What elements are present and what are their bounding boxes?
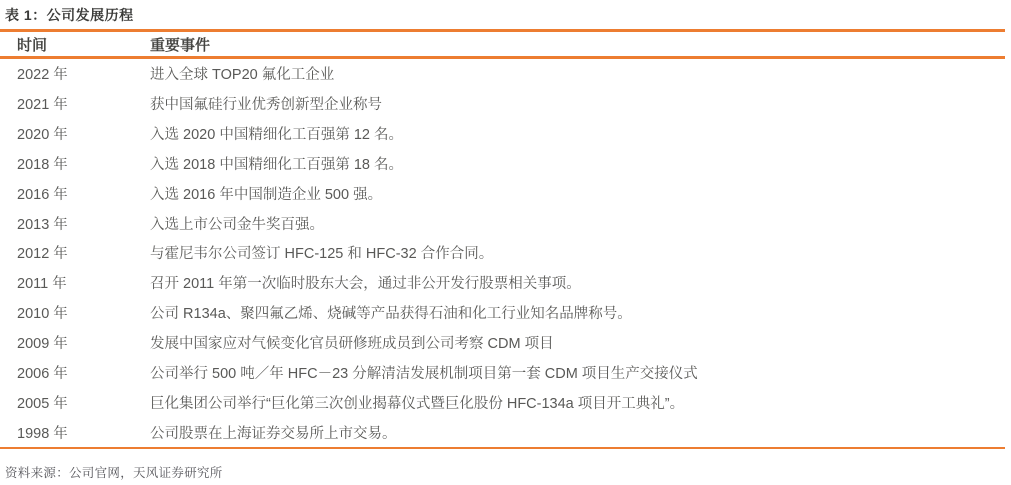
row-year: 2016 年: [17, 183, 150, 204]
row-event: 召开 2011 年第一次临时股东大会，通过非公开发行股票相关事项。: [150, 272, 1011, 293]
row-year: 2020 年: [17, 123, 150, 144]
table-row: 2020 年 入选 2020 中国精细化工百强第 12 名。: [0, 119, 1011, 149]
row-year: 1998 年: [17, 422, 150, 443]
table-row: 2011 年 召开 2011 年第一次临时股东大会，通过非公开发行股票相关事项。: [0, 268, 1011, 298]
row-event: 进入全球 TOP20 氟化工企业: [150, 63, 1011, 84]
row-event: 巨化集团公司举行“巨化第三次创业揭幕仪式暨巨化股份 HFC-134a 项目开工典…: [150, 392, 1011, 413]
row-year: 2005 年: [17, 392, 150, 413]
table-row: 2022 年 进入全球 TOP20 氟化工企业: [0, 59, 1011, 89]
row-event: 公司 R134a、聚四氟乙烯、烧碱等产品获得石油和化工行业知名品牌称号。: [150, 302, 1011, 323]
table-row: 2005 年 巨化集团公司举行“巨化第三次创业揭幕仪式暨巨化股份 HFC-134…: [0, 387, 1011, 417]
row-year: 2018 年: [17, 153, 150, 174]
table-row: 2016 年 入选 2016 年中国制造企业 500 强。: [0, 178, 1011, 208]
row-year: 2006 年: [17, 362, 150, 383]
row-event: 入选 2018 中国精细化工百强第 18 名。: [150, 153, 1011, 174]
report-table-figure: 表 1：公司发展历程 时间 重要事件 2022 年 进入全球 TOP20 氟化工…: [0, 0, 1011, 485]
table-row: 2018 年 入选 2018 中国精细化工百强第 18 名。: [0, 149, 1011, 179]
table-row: 2012 年 与霍尼韦尔公司签订 HFC-125 和 HFC-32 合作合同。: [0, 238, 1011, 268]
column-header-time: 时间: [17, 34, 150, 55]
table-row: 2021 年 获中国氟硅行业优秀创新型企业称号: [0, 89, 1011, 119]
row-event: 入选 2016 年中国制造企业 500 强。: [150, 183, 1011, 204]
row-event: 公司举行 500 吨／年 HFC－23 分解清洁发展机制项目第一套 CDM 项目…: [150, 362, 1011, 383]
table-row: 2009 年 发展中国家应对气候变化官员研修班成员到公司考察 CDM 项目: [0, 328, 1011, 358]
table-header-row: 时间 重要事件: [0, 32, 1011, 56]
row-year: 2021 年: [17, 93, 150, 114]
table-row: 2010 年 公司 R134a、聚四氟乙烯、烧碱等产品获得石油和化工行业知名品牌…: [0, 298, 1011, 328]
table-row: 1998 年 公司股票在上海证券交易所上市交易。: [0, 417, 1011, 447]
row-year: 2009 年: [17, 332, 150, 353]
row-event: 入选上市公司金牛奖百强。: [150, 213, 1011, 234]
row-event: 与霍尼韦尔公司签订 HFC-125 和 HFC-32 合作合同。: [150, 242, 1011, 263]
table-row: 2013 年 入选上市公司金牛奖百强。: [0, 208, 1011, 238]
row-year: 2013 年: [17, 213, 150, 234]
row-year: 2010 年: [17, 302, 150, 323]
row-event: 入选 2020 中国精细化工百强第 12 名。: [150, 123, 1011, 144]
source-note: 资料来源：公司官网，天风证券研究所: [0, 449, 1011, 481]
row-event: 获中国氟硅行业优秀创新型企业称号: [150, 93, 1011, 114]
row-year: 2012 年: [17, 242, 150, 263]
row-year: 2022 年: [17, 63, 150, 84]
row-year: 2011 年: [17, 272, 150, 293]
row-event: 发展中国家应对气候变化官员研修班成员到公司考察 CDM 项目: [150, 332, 1011, 353]
table-title: 表 1：公司发展历程: [0, 0, 1011, 29]
column-header-event: 重要事件: [150, 34, 1011, 55]
table-row: 2006 年 公司举行 500 吨／年 HFC－23 分解清洁发展机制项目第一套…: [0, 357, 1011, 387]
table-body: 2022 年 进入全球 TOP20 氟化工企业 2021 年 获中国氟硅行业优秀…: [0, 59, 1011, 447]
row-event: 公司股票在上海证券交易所上市交易。: [150, 422, 1011, 443]
